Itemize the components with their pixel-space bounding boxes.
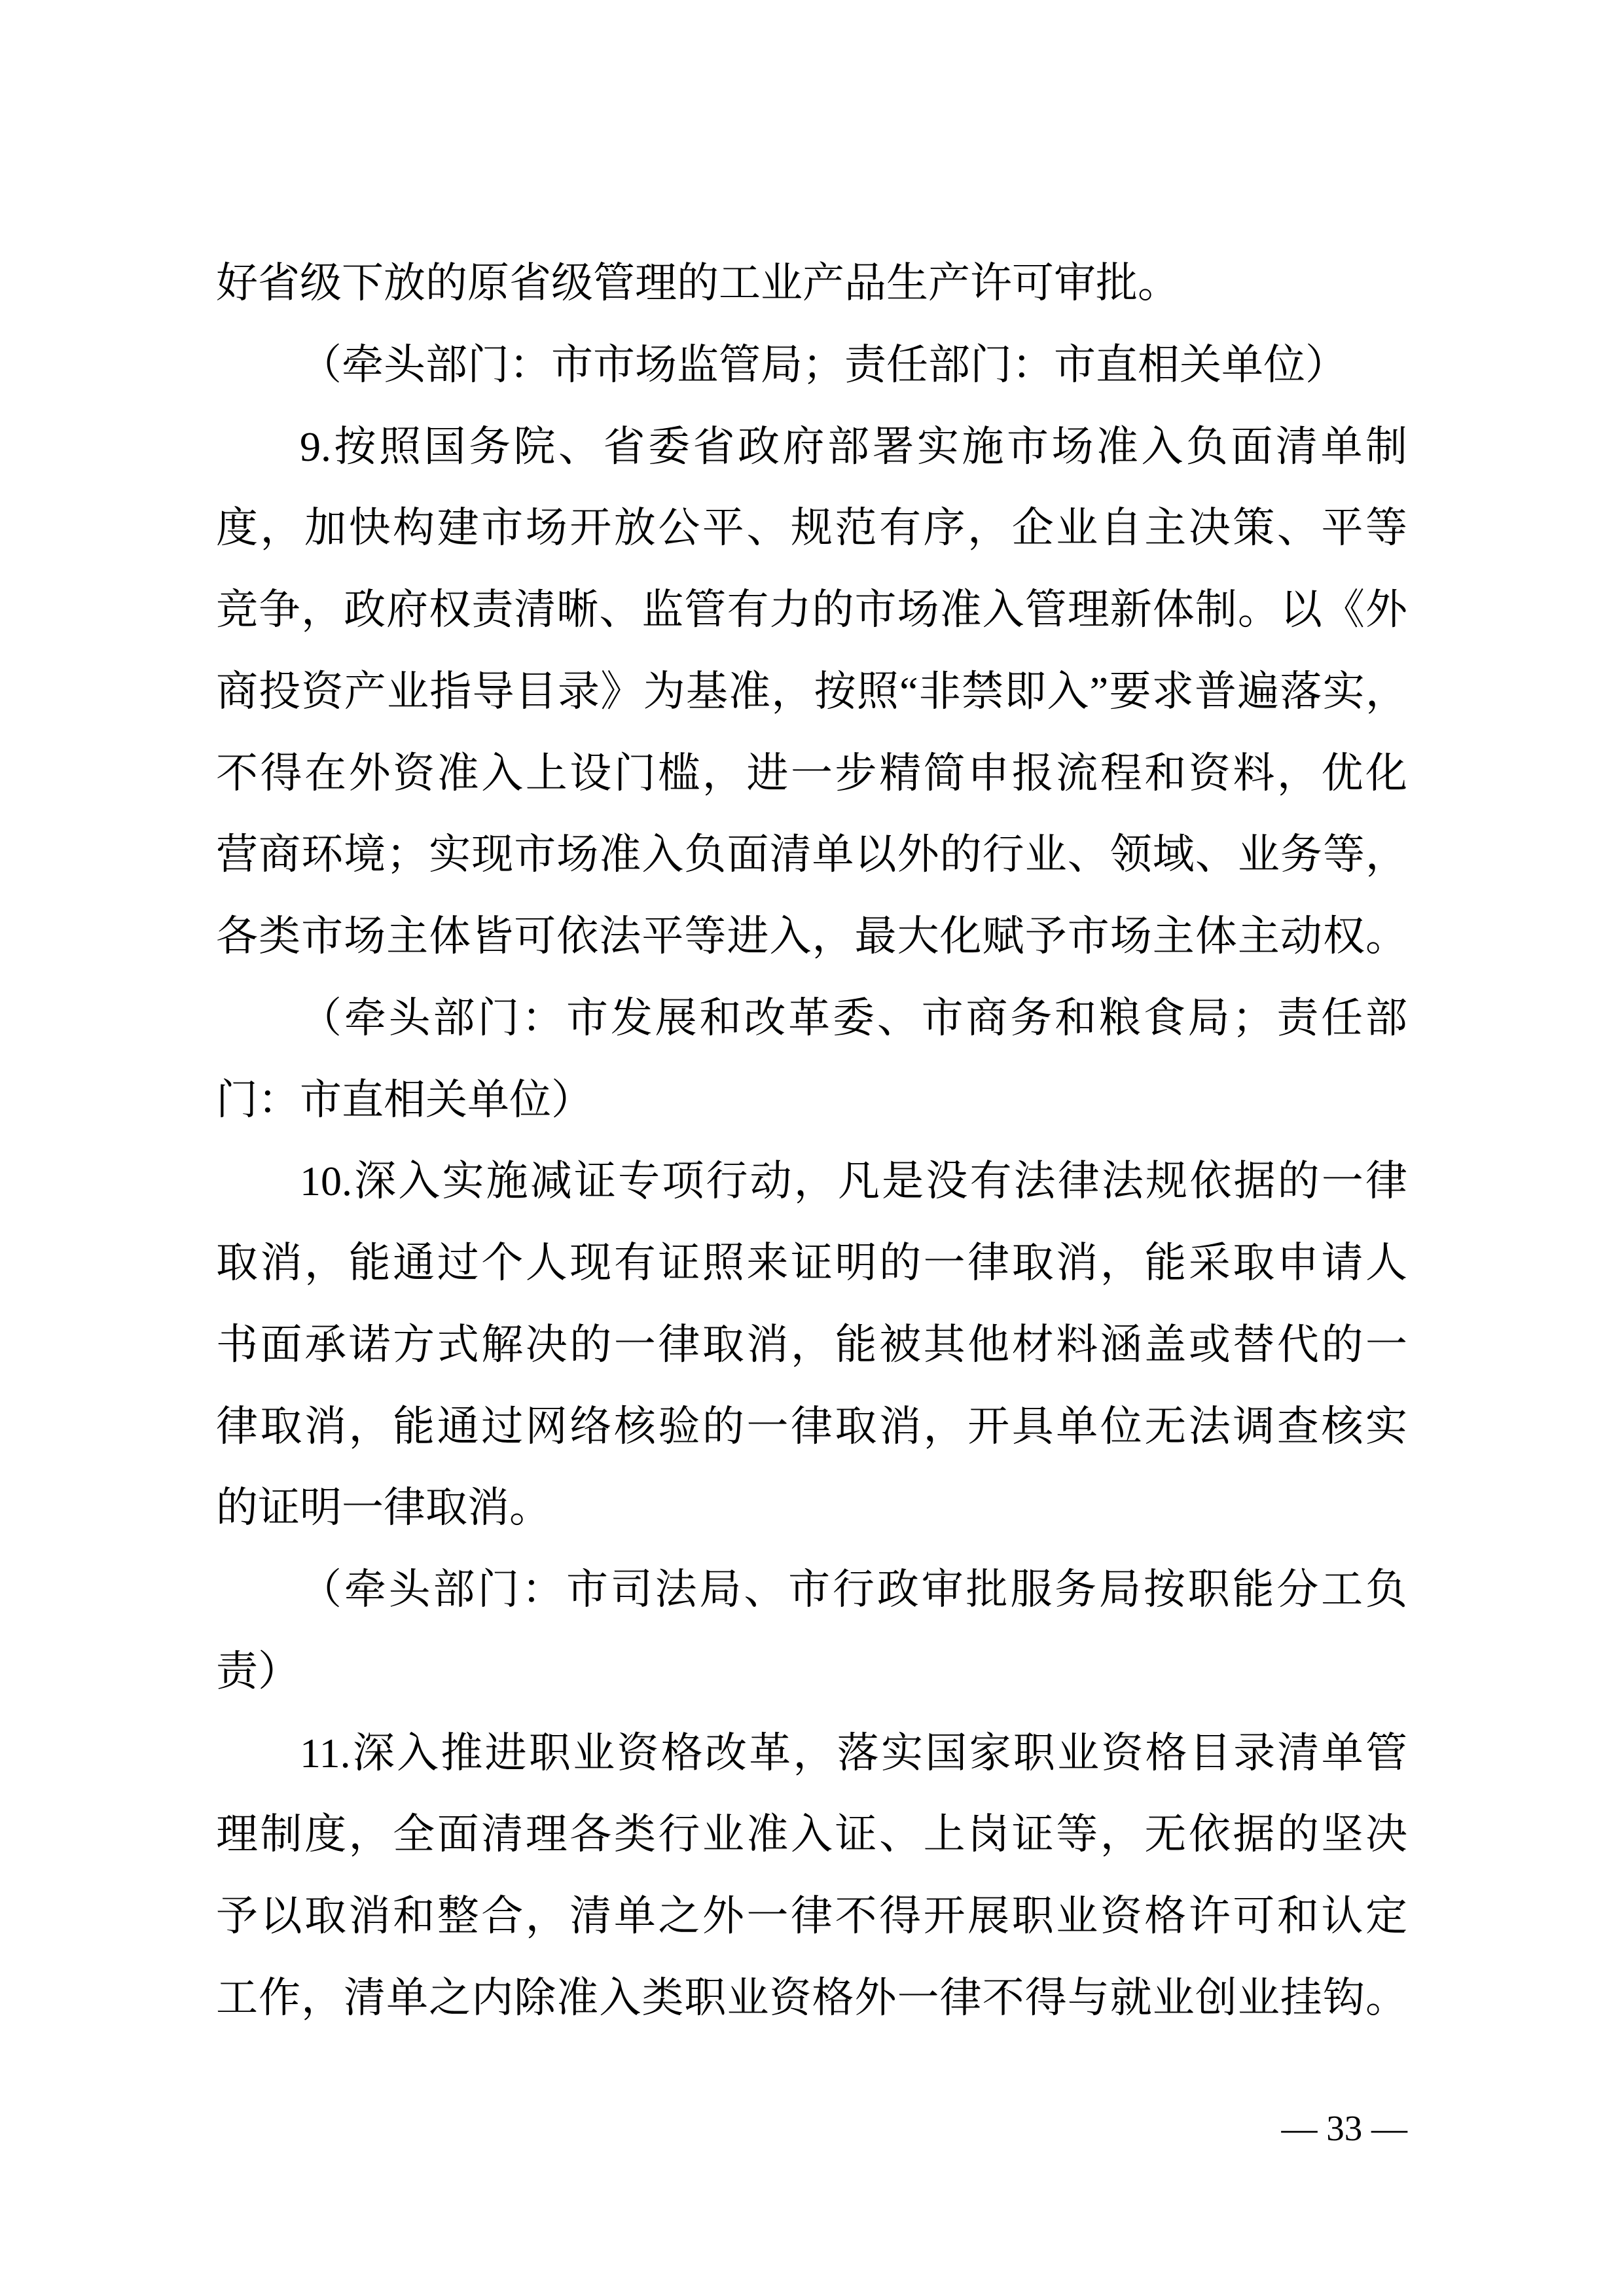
body-text-line: （牵头部门：市市场监管局；责任部门：市直相关单位） bbox=[216, 325, 1407, 406]
body-text-line: 予以取消和整合，清单之外一律不得开展职业资格许可和认定 bbox=[216, 1876, 1407, 1958]
body-text-line: 门：市直相关单位） bbox=[216, 1060, 1407, 1141]
body-text-line: 取消，能通过个人现有证照来证明的一律取消，能采取申请人 bbox=[216, 1223, 1407, 1304]
body-text-line: 责） bbox=[216, 1631, 1407, 1713]
body-text-line: 不得在外资准入上设门槛，进一步精简申报流程和资料，优化 bbox=[216, 733, 1407, 815]
body-text-line: 工作，清单之内除准入类职业资格外一律不得与就业创业挂钩。 bbox=[216, 1958, 1407, 2039]
body-text-line: 的证明一律取消。 bbox=[216, 1467, 1407, 1549]
body-text-line: 竞争，政府权责清晰、监管有力的市场准入管理新体制。以《外 bbox=[216, 569, 1407, 651]
body-text-line: 书面承诺方式解决的一律取消，能被其他材料涵盖或替代的一 bbox=[216, 1304, 1407, 1386]
body-text-line: 9.按照国务院、省委省政府部署实施市场准入负面清单制 bbox=[216, 406, 1407, 488]
body-text-line: 好省级下放的原省级管理的工业产品生产许可审批。 bbox=[216, 243, 1407, 325]
body-text-line: （牵头部门：市司法局、市行政审批服务局按职能分工负 bbox=[216, 1549, 1407, 1631]
body-text-line: 11.深入推进职业资格改革，落实国家职业资格目录清单管 bbox=[216, 1713, 1407, 1795]
body-text-line: 营商环境；实现市场准入负面清单以外的行业、领域、业务等， bbox=[216, 814, 1407, 896]
body-text-line: 度，加快构建市场开放公平、规范有序，企业自主决策、平等 bbox=[216, 488, 1407, 569]
body-text-line: 各类市场主体皆可依法平等进入，最大化赋予市场主体主动权。 bbox=[216, 896, 1407, 978]
page-number: — 33 — bbox=[1282, 2102, 1408, 2155]
body-text-line: 10.深入实施减证专项行动，凡是没有法律法规依据的一律 bbox=[216, 1141, 1407, 1223]
body-text-line: （牵头部门：市发展和改革委、市商务和粮食局；责任部 bbox=[216, 978, 1407, 1060]
document-body: 好省级下放的原省级管理的工业产品生产许可审批。 （牵头部门：市市场监管局；责任部… bbox=[216, 243, 1407, 2039]
body-text-line: 商投资产业指导目录》为基准，按照“非禁即入”要求普遍落实， bbox=[216, 651, 1407, 733]
body-text-line: 理制度，全面清理各类行业准入证、上岗证等，无依据的坚决 bbox=[216, 1794, 1407, 1876]
document-page: 好省级下放的原省级管理的工业产品生产许可审批。 （牵头部门：市市场监管局；责任部… bbox=[0, 0, 1624, 2296]
body-text-line: 律取消，能通过网络核验的一律取消，开具单位无法调查核实 bbox=[216, 1386, 1407, 1468]
